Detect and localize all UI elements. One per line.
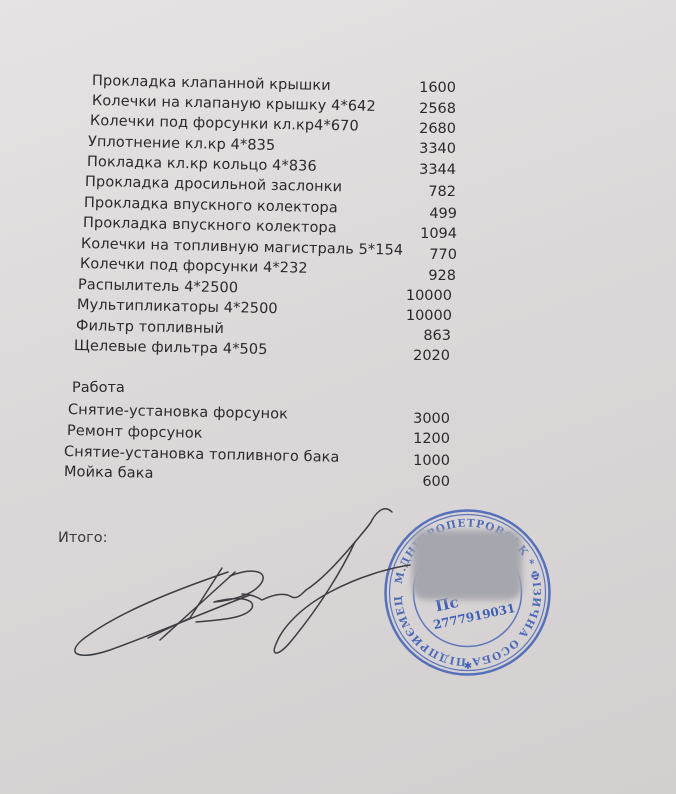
part-item-name: Прокладка впускного колектора (83, 215, 337, 236)
svg-text:✱: ✱ (464, 661, 472, 672)
part-item-name: Уплотнение кл.кр 4*835 (88, 134, 276, 154)
part-item-amount: 2020 (380, 348, 450, 364)
part-item-name: Колечки на топливную магистраль 5*154 (81, 236, 404, 259)
part-item-name: Прокладка дросильной заслонки (85, 174, 342, 195)
part-item-amount: 499 (387, 206, 457, 222)
part-item-name: Покладка кл.кр кольцо 4*836 (87, 154, 317, 175)
work-item-name: Мойка бака (64, 464, 154, 482)
work-item-amount: 1200 (380, 431, 450, 447)
part-item-name: Щелевые фильтра 4*505 (74, 338, 268, 358)
part-item-name: Прокладка впускного колектора (84, 195, 338, 216)
work-item-amount: 600 (380, 474, 450, 490)
part-item-amount: 3344 (386, 162, 456, 178)
part-item-amount: 770 (387, 247, 457, 263)
part-item-amount: 928 (386, 268, 456, 284)
work-item-name: Ремонт форсунок (67, 423, 203, 442)
part-item-name: Колечки под форсунки кл.кр4*670 (90, 113, 359, 135)
part-item-amount: 3340 (386, 141, 456, 157)
part-item-name: Распылитель 4*2500 (78, 277, 239, 296)
part-item-name: Прокладка клапанной крышки (92, 73, 331, 94)
part-item-amount: 1094 (387, 226, 457, 242)
part-item-name: Колечки под форсунки 4*232 (80, 256, 308, 277)
part-item-amount: 863 (381, 328, 451, 344)
part-item-amount: 2568 (386, 101, 456, 117)
work-section-label: Работа (72, 380, 125, 396)
work-item-amount: 3000 (380, 411, 450, 427)
part-item-amount: 10000 (382, 308, 452, 324)
total-label: Итого: (58, 530, 108, 546)
work-item-name: Снятие-установка топливного бака (64, 444, 340, 466)
part-item-name: Фильтр топливный (76, 318, 224, 337)
part-item-amount: 782 (386, 184, 456, 200)
part-item-name: Мультипликаторы 4*2500 (77, 297, 278, 317)
part-item-amount: 10000 (382, 288, 452, 304)
part-item-amount: 2680 (386, 121, 456, 137)
work-item-name: Снятие-установка форсунок (68, 402, 288, 423)
redacted-area (412, 530, 522, 600)
work-item-amount: 1000 (380, 453, 450, 469)
document-page: Прокладка клапанной крышки1600Колечки на… (0, 0, 676, 794)
part-item-name: Колечки на клапаную крышку 4*642 (92, 93, 376, 115)
part-item-amount: 1600 (386, 80, 456, 96)
